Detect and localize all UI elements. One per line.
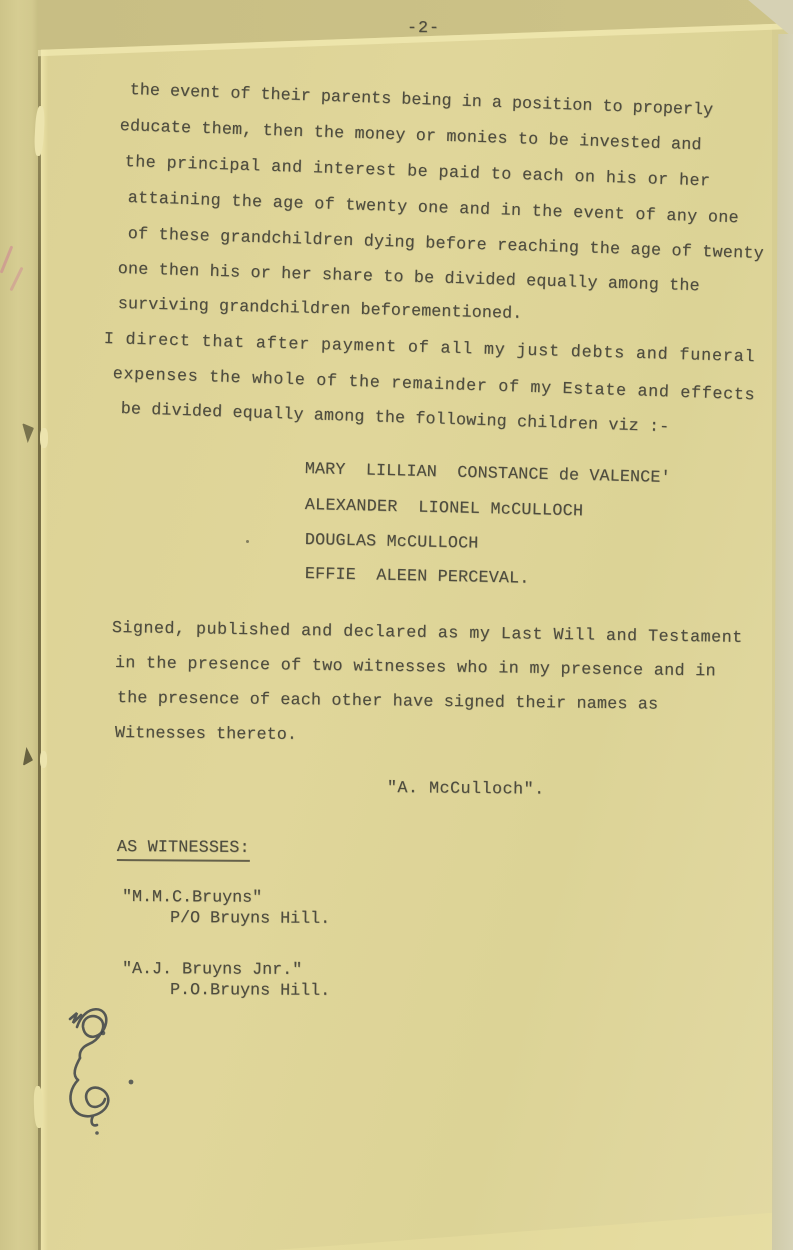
binding-chip: [40, 428, 48, 448]
crease-highlight: [41, 0, 48, 1250]
witness-signature: "M.M.C.Bruyns": [122, 890, 262, 907]
beneficiary-name: DOUGLAS McCULLOCH: [305, 533, 479, 553]
page-number: -2-: [407, 21, 440, 38]
attestation-line: Witnesses thereto.: [115, 726, 297, 745]
binding-chip: [40, 751, 47, 768]
witness-address: P.O.Bruyns Hill.: [170, 983, 330, 1001]
scanned-will-page: -2- the event of their parents being in …: [0, 0, 793, 1250]
witness-signature: "A.J. Bruyns Jnr.": [122, 962, 302, 980]
witnesses-heading: AS WITNESSES:: [117, 840, 250, 862]
handwritten-initials-icon: [55, 995, 185, 1140]
witness-address: P/O Bruyns Hill.: [170, 911, 330, 929]
left-page-edge: [0, 0, 40, 1250]
ink-speck: [246, 540, 249, 543]
right-page-edge: [772, 34, 793, 1250]
testator-signature: "A. McCulloch".: [387, 781, 545, 799]
